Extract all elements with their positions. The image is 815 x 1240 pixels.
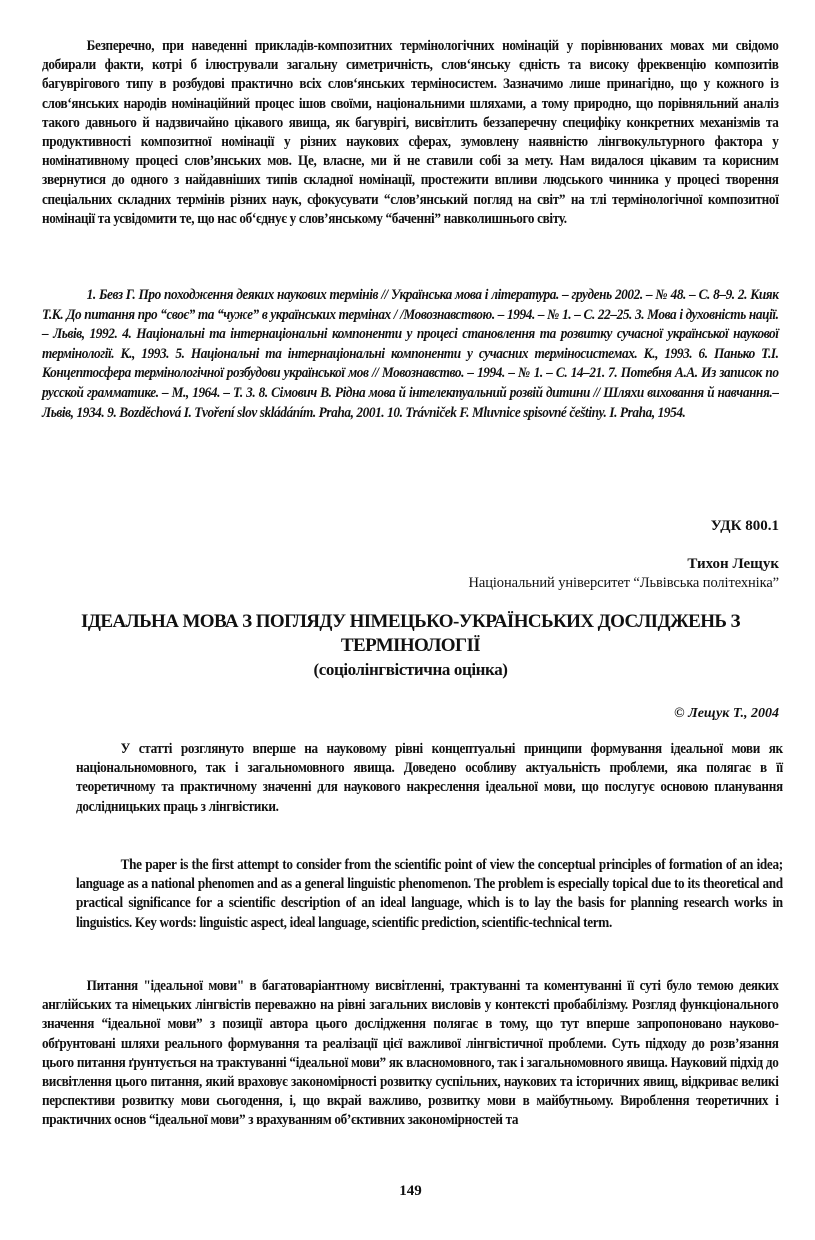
body-paragraph: Питання "ідеальної мови" в багатоваріант…: [42, 977, 779, 1131]
references-text: 1. Бевз Г. Про походження деяких наукови…: [42, 286, 779, 423]
abstract-english: The paper is the first attempt to consid…: [76, 856, 730, 933]
abstract-english-text: The paper is the first attempt to consid…: [76, 856, 783, 933]
copyright-notice: © Лещук Т., 2004: [674, 706, 779, 722]
page-number: 149: [42, 1183, 779, 1200]
udk-code: УДК 800.1: [711, 518, 779, 535]
author-affiliation: Національний університет “Львівська полі…: [469, 575, 780, 592]
article-title-line-2: ТЕРМІНОЛОГІЇ: [42, 634, 779, 658]
abstract-ukrainian: У статті розглянуто вперше на науковому …: [76, 740, 730, 817]
intro-paragraph: Безперечно, при наведенні прикладів-комп…: [42, 37, 779, 229]
article-title-line-1: ІДЕАЛЬНА МОВА З ПОГЛЯДУ НІМЕЦЬКО-УКРАЇНС…: [42, 610, 779, 634]
article-subtitle: (соціолінгвістична оцінка): [42, 660, 779, 680]
author-name: Тихон Лещук: [687, 556, 779, 573]
article-title: ІДЕАЛЬНА МОВА З ПОГЛЯДУ НІМЕЦЬКО-УКРАЇНС…: [42, 610, 779, 658]
references-list: 1. Бевз Г. Про походження деяких наукови…: [42, 286, 779, 423]
abstract-ukrainian-text: У статті розглянуто вперше на науковому …: [76, 740, 783, 817]
